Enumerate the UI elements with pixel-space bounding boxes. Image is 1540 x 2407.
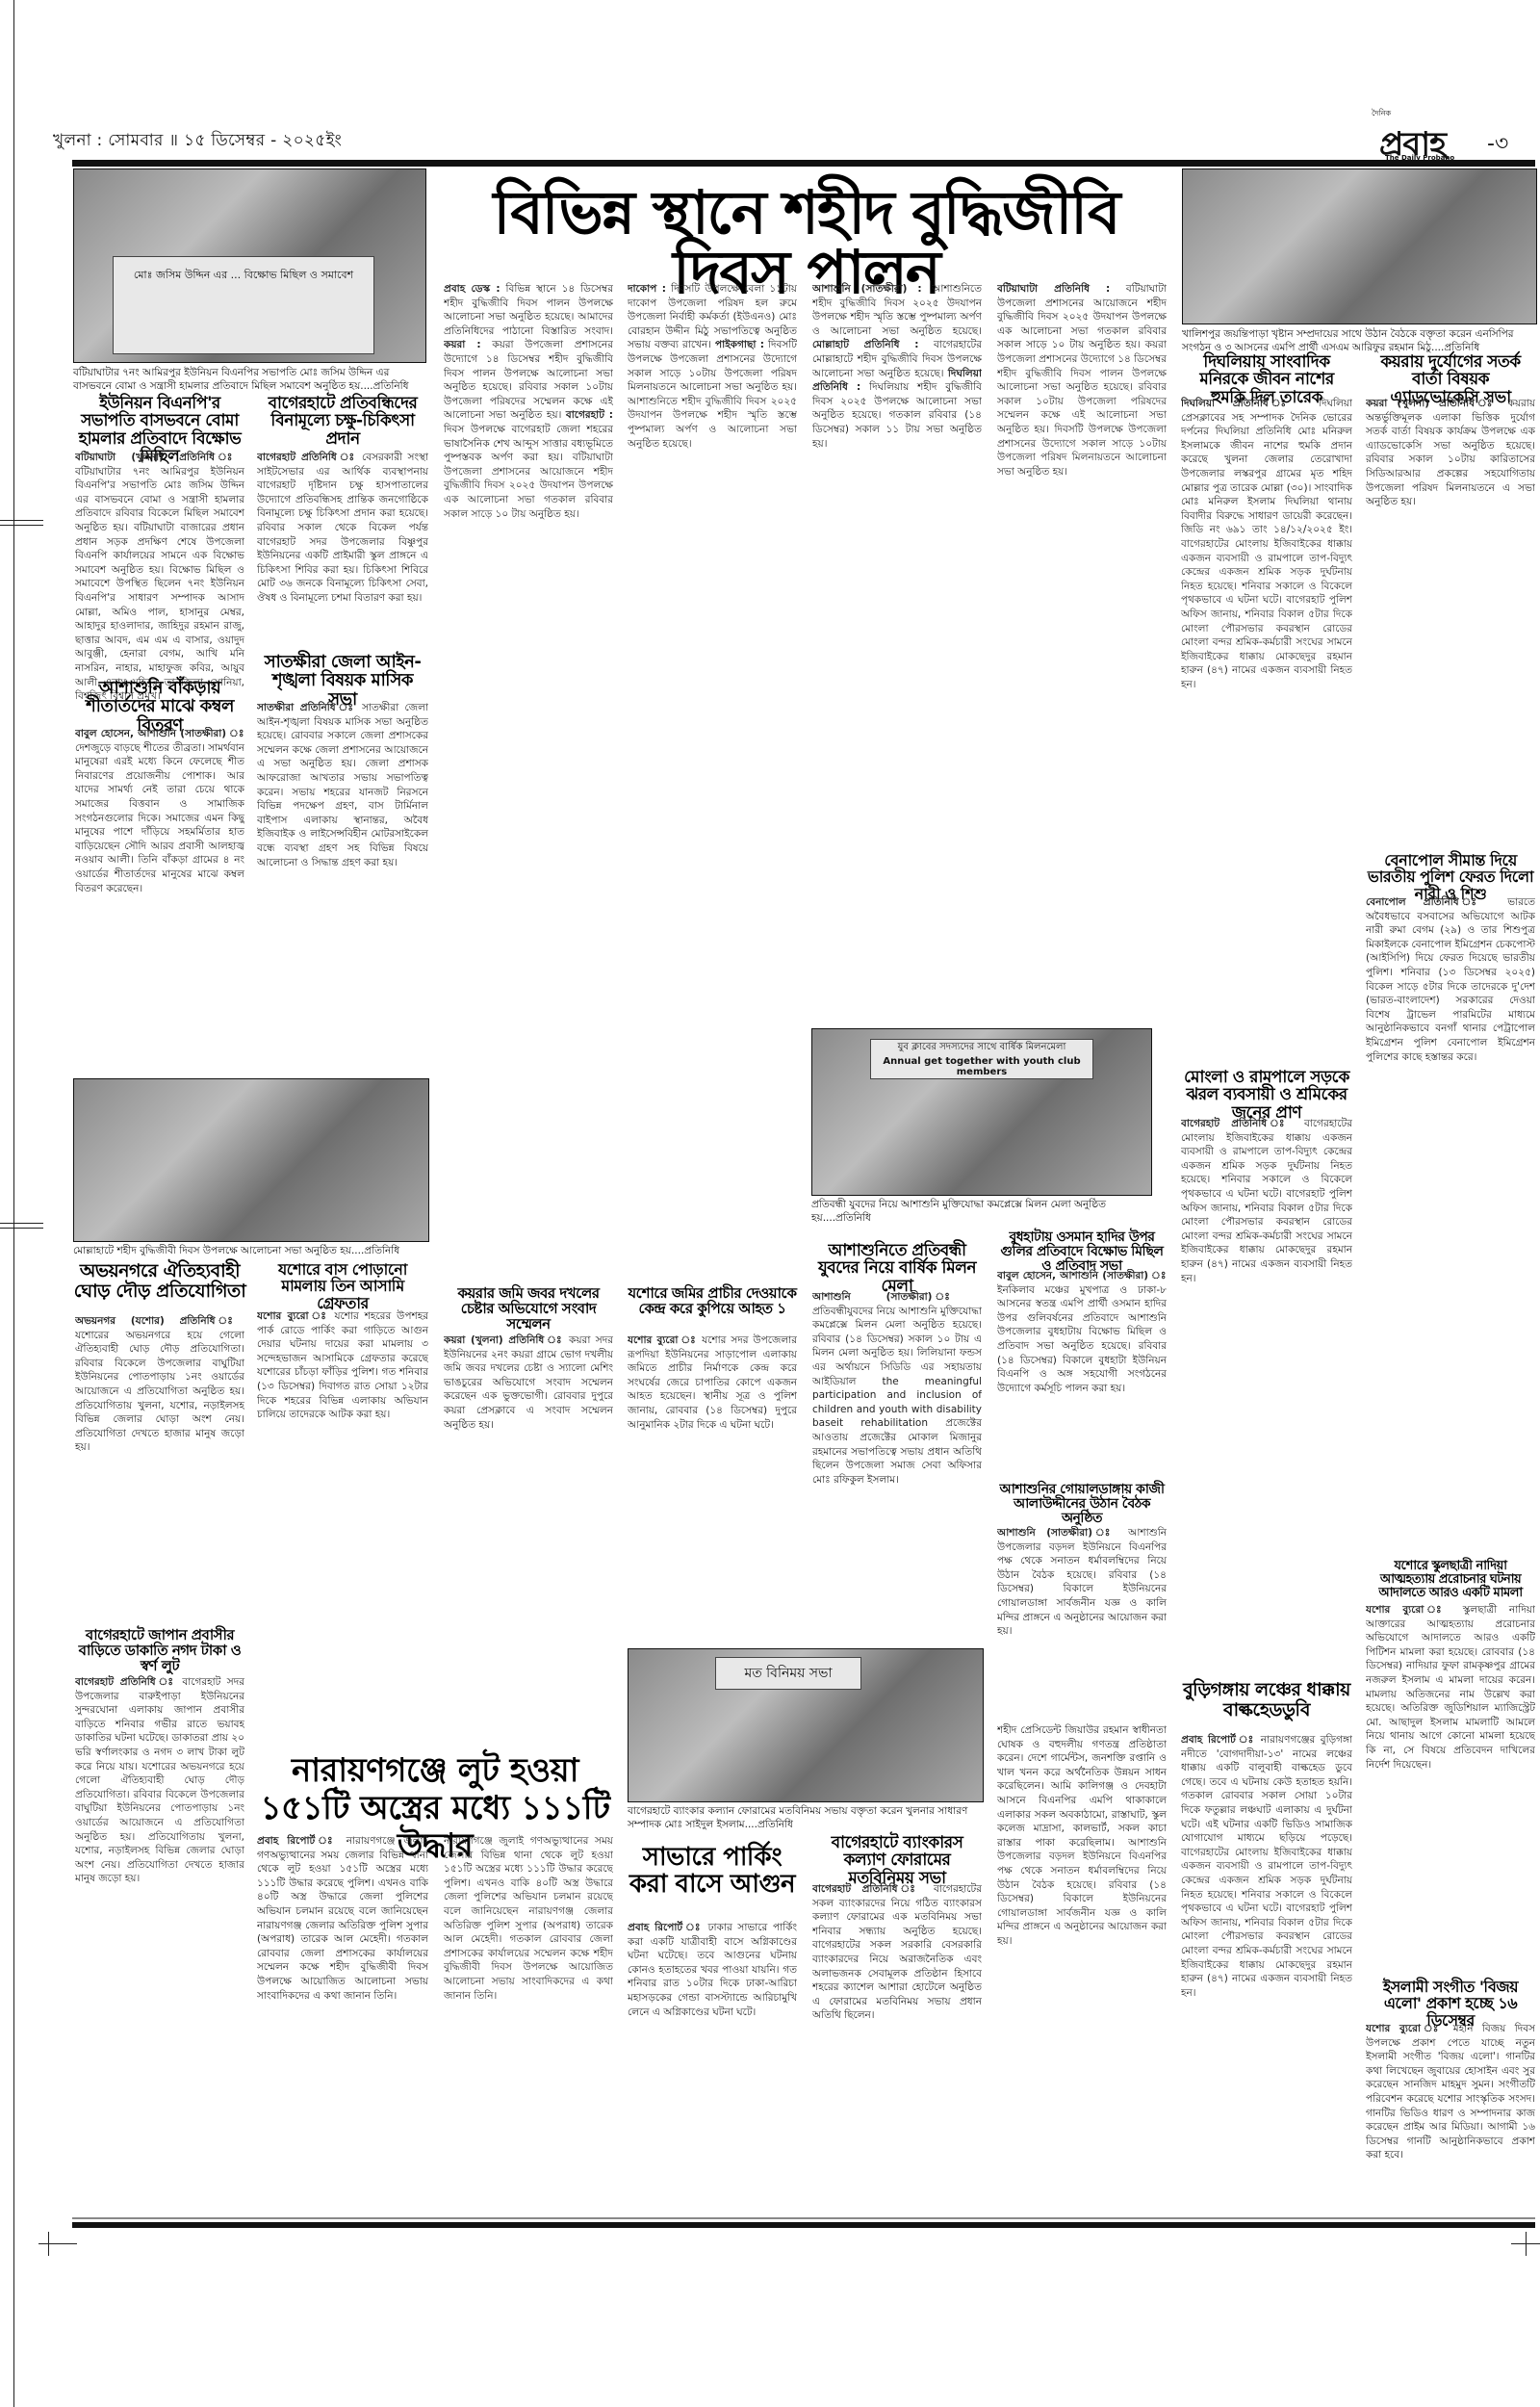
article-union-bnp: বটিয়াঘাটা (খুলনা) প্রতিনিধি ঃ বটিয়াঘাট… — [75, 451, 244, 715]
article-jessore-wall: যশোর ব্যুরো ঃ যশোর সদর উপজেলার রূপদিয়া … — [628, 1333, 797, 1642]
section-place: আশাশুনি (সাতক্ষীরা) : — [812, 283, 922, 295]
headline-mongla-rampal: মোংলা ও রামপালে সড়কে ঝরল ব্যবসায়ী ও শ্… — [1181, 1069, 1352, 1122]
article-lead: আশাশুনি (সাতক্ষীরা) ঃ — [812, 1291, 982, 1303]
photo-youth-club: যুব ক্লাবের সদস্যদের সাথে বার্ষিক মিলনমে… — [811, 1028, 1152, 1196]
lead-dateline: প্রবাহ ডেস্ক : — [444, 283, 500, 295]
lead-story-col-1: প্রবাহ ডেস্ক : বিভিন্ন স্থানে ১৪ ডিসেম্ব… — [444, 282, 613, 1206]
headline-bagerhat-eye: বাগেরহাটে প্রতিবন্ধিদের বিনামূল্যে চক্ষু… — [257, 395, 428, 448]
headline-jessore-nadia: যশোরে স্কুলছাত্রী নাদিয়া আত্মহত্যায় প্… — [1366, 1560, 1535, 1600]
article-body: নারায়ণগঞ্জের বুড়িগঙ্গা নদীতে 'বোগদাদীয… — [1181, 1734, 1352, 1844]
photo-bankers-meeting: মত বিনিময় সভা — [628, 1648, 984, 1802]
photo-caption: প্রতিবন্ধী যুবদের নিয়ে আশাশুনি মুক্তিযো… — [811, 1198, 1153, 1225]
banner-text-en: Annual get together with youth club memb… — [871, 1056, 1092, 1077]
masthead-logo: দৈনিক প্রবাহ -৩ The Daily Probaho — [1372, 108, 1526, 161]
article-body: বেসরকারী সংস্থা সাইটসেভার এর আর্থিক ব্যব… — [257, 452, 428, 604]
article-lead: যশোর ব্যুরো ঃ — [1366, 1604, 1450, 1616]
headline-bagerhat-bankers: বাগেরহাটে ব্যাংকারস কল্যাণ ফোরামের মতবিন… — [812, 1834, 982, 1887]
headline-savar-bus: সাভারে পার্কিং করা বাসে আগুন — [628, 1844, 797, 1898]
article-buriganga-launch: প্রবাহ রিপোর্ট ঃ নারায়ণগঞ্জের বুড়িগঙ্গ… — [1181, 1733, 1352, 2214]
headline-budhhata-hadi: বুধহাটায় ওসমান হাদির উপর গুলির প্রতিবাদ… — [997, 1230, 1167, 1274]
article-body: বাগেরহাট সদর উপজেলার বারুইপাড়া ইউনিয়নে… — [75, 1676, 244, 1773]
article-koyra-land: কয়রা (খুলনা) প্রতিনিধি ঃ কয়রা সদর ইউনি… — [444, 1333, 613, 1747]
article-body: শহীদ প্রেসিডেন্ট জিয়াউর রহমান স্বাধীনতা… — [997, 1724, 1167, 1849]
article-jessore-bus-fire: যশোর ব্যুরো ঃ যশোর শহরের উপশহর পার্ক রোড… — [257, 1309, 428, 1743]
article-body: বাগেরহাটের সকল ব্যাংকারদের নিয়ে গঠিত ব্… — [812, 1883, 982, 2021]
article-lead: প্রবাহ রিপোর্ট ঃ — [1181, 1734, 1255, 1746]
photo-banner: মত বিনিময় সভা — [715, 1657, 861, 1690]
page-number: -৩ — [1487, 127, 1508, 163]
bottom-rule-thin — [72, 2217, 1535, 2219]
headline-buriganga-launch: বুড়িগঙ্গায় লঞ্চের ধাক্কায় বাল্কহেডডুব… — [1181, 1680, 1352, 1720]
article-body: বাগেরহাটের মোংলায় ইজিবাইকের ধাক্কায় এক… — [1181, 538, 1352, 690]
article-lead: সাতক্ষীরা প্রতিনিধি ঃ — [257, 702, 356, 713]
registration-mark — [48, 2232, 49, 2256]
headline-ashashuni-mela: আশাশুনিতে প্রতিবন্ধী যুবদের নিয়ে বার্ষি… — [812, 1242, 982, 1295]
article-lead: বাগেরহাট প্রতিনিধি ঃ — [75, 1676, 176, 1688]
photo-banner: মোঃ জসিম উদ্দিন এর ... বিক্ষোভ মিছিল ও স… — [113, 256, 374, 354]
article-body: ইনকিলাব মঞ্চের মুখপাত্র ও ঢাকা-৮ আসনের স… — [997, 1284, 1167, 1394]
headline-bagerhat-robbery: বাগেরহাটে জাপান প্রবাসীর বাড়িতে ডাকাতি … — [73, 1627, 246, 1674]
section-place: কয়রা : — [444, 339, 481, 350]
article-body: যশোর সদর উপজেলার রূপদিয়া ইউনিয়নের সাড়… — [628, 1334, 797, 1431]
article-lead: বটিয়াঘাটা (খুলনা) প্রতিনিধি ঃ — [75, 452, 244, 463]
section-place: বাগেরহাট : — [566, 409, 613, 421]
article-lead: যশোর ব্যুরো ঃ — [628, 1334, 697, 1346]
article-narayanganj-arms-col-2: নারায়ণগঞ্জে জুলাই গণঅভ্যুত্থানের সময় জ… — [444, 1834, 613, 2214]
article-budhhata-hadi: বাবুল হোসেন, আশাশুনি (সাতক্ষীরা) ঃ ইনকিল… — [997, 1269, 1167, 1471]
banner-text-bn: যুব ক্লাবের সদস্যদের সাথে বার্ষিক মিলনমে… — [871, 1040, 1092, 1056]
registration-mark — [0, 1228, 43, 1229]
article-islamic-song: যশোর ব্যুরো ঃ মহান বিজয় দিবস উপলক্ষে প্… — [1366, 2022, 1535, 2214]
article-benapole-border: বেনাপোল প্রতিনিধি ঃ ভারতে অবৈধভাবে বসবাস… — [1366, 895, 1535, 1550]
registration-mark — [1526, 2232, 1527, 2256]
headline-abhaynagar-horse: অভয়নগরে ঐতিহ্যবাহী ঘোড় দৌড় প্রতিযোগিত… — [73, 1261, 246, 1301]
article-lead: বাবুল হোসেন, আশাশুনি (সাতক্ষীরা) ঃ — [75, 728, 244, 739]
article-body: মহান বিজয় দিবস উপলক্ষে প্রকাশ পেতে যাচ্… — [1366, 2023, 1535, 2161]
article-lead: দিঘলিয়া প্রতিনিধি ঃ — [1181, 398, 1300, 409]
photo-courtyard-meeting — [1182, 168, 1537, 324]
article-narayanganj-arms-col-1: প্রবাহ রিপোর্ট ঃ নারায়ণগঞ্জে জুলাই গণঅভ… — [257, 1834, 428, 2214]
section-text: কয়রা উপজেলা প্রশাসনের উদ্যোগে ১৪ ডিসেম্… — [997, 339, 1167, 435]
article-lead: আশাশুনি (সাতক্ষীরা) ঃ — [997, 1527, 1117, 1539]
article-lead: বেনাপোল প্রতিনিধি ঃ — [1366, 896, 1490, 908]
article-lead: প্রবাহ রিপোর্ট ঃ — [628, 1922, 703, 1933]
article-body: নারায়ণগঞ্জে জুলাই গণঅভ্যুত্থানের সময় জ… — [257, 1835, 428, 2002]
lead-story-col-2: দাকোপ : দিবসটি উপলক্ষে বেলা ১১টায় দাকোপ… — [628, 282, 797, 1206]
article-body: ভারতে অবৈধভাবে বসবাসের অভিযোগে আটক নারী … — [1366, 896, 1535, 1063]
article-body: আশাশুনি উপজেলার বড়দল ইউনিয়নে বিএনপির প… — [997, 1527, 1167, 1637]
article-savar-bus: প্রবাহ রিপোর্ট ঃ ঢাকার সাভারে পার্কিং কর… — [628, 1921, 797, 2214]
article-body: যশোর শহরের উপশহর পার্ক রোডে পার্কিং করা … — [257, 1310, 428, 1420]
lead-story-col-4: বটিয়াঘাটা প্রতিনিধি : বটিয়াঘাটা উপজেলা… — [997, 282, 1167, 1023]
article-body: প্রতিবন্ধীযুবদের নিয়ে আশাশুনি মুক্তিযোদ… — [812, 1306, 982, 1486]
section-place: মোল্লাহাট প্রতিনিধি : — [812, 339, 919, 350]
article-body: নারায়ণগঞ্জে জুলাই গণঅভ্যুত্থানের সময় জ… — [444, 1835, 613, 2002]
dateline: খুলনা : সোমবার ॥ ১৫ ডিসেম্বর - ২০২৫ইং — [53, 128, 342, 155]
article-lead: বাগেরহাট প্রতিনিধি ঃ — [257, 452, 356, 463]
article-body: কয়রায় অন্তর্ভুক্তিমূলক এলাকা ভিত্তিক দ… — [1366, 398, 1535, 507]
article-body: ঢাকার সাভারে পার্কিং করা একটি যাত্রীবাহী… — [628, 1922, 797, 2018]
article-satkhira-law: সাতক্ষীরা প্রতিনিধি ঃ সাতক্ষীরা জেলা আইন… — [257, 701, 428, 1009]
page-margin-line — [13, 0, 14, 2407]
headline-jessore-bus-fire: যশোরে বাস পোড়ানো মামলায় তিন আসামি গ্রে… — [257, 1261, 428, 1311]
article-body: বাগেরহাটের মোংলায় ইজিবাইকের ধাক্কায় এক… — [1181, 1118, 1352, 1284]
article-koyra-disaster: কয়রা (খুলনা) প্রতিনিধি ঃ কয়রায় অন্তর্… — [1366, 397, 1535, 849]
photo-mollahat-meeting — [73, 1078, 429, 1242]
article-bagerhat-eye: বাগেরহাট প্রতিনিধি ঃ বেসরকারী সংস্থা সাই… — [257, 451, 428, 643]
article-lead: যশোর ব্যুরো ঃ — [1366, 2023, 1444, 2034]
article-body: বাগেরহাটের মোংলায় ইজিবাইকের ধাক্কায় এক… — [1181, 1847, 1352, 1999]
photo-banner: যুব ক্লাবের সদস্যদের সাথে বার্ষিক মিলনমে… — [870, 1039, 1093, 1079]
article-body: যশোরের অভয়নগরে হয়ে গেলো ঐতিহ্যবাহী ঘোড… — [75, 1761, 244, 1885]
section-text: আশাশুনিতে শহীদ বুদ্ধিজীবি দিবস ২০২৫ উদযা… — [628, 396, 797, 450]
article-bagerhat-bankers: বাগেরহাট প্রতিনিধি ঃ বাগেরহাটের সকল ব্যা… — [812, 1882, 982, 2214]
article-body: বটিয়াঘাটার ৭নং আমিরপুর ইউনিয়ন বিএনপি'র… — [75, 466, 244, 703]
article-body: দিঘলিয়া প্রেসক্লাবের সহ সম্পাদক দৈনিক ভ… — [1181, 398, 1352, 535]
article-lead: অভয়নগর (যশোর) প্রতিনিধি ঃ — [75, 1315, 244, 1327]
photo-caption: মোল্লাহাটে শহীদ বুদ্ধিজীবী দিবস উপলক্ষে … — [73, 1244, 429, 1257]
photo-caption: বটিয়াঘাটার ৭নং আমিরপুর ইউনিয়ন বিএনপির … — [73, 366, 429, 393]
article-body: স্কুলছাত্রী নাদিয়া আক্তারের আত্মহত্যায়… — [1366, 1604, 1535, 1771]
article-ashashuni-goyaldanga: আশাশুনি (সাতক্ষীরা) ঃ আশাশুনি উপজেলার বড… — [997, 1526, 1167, 1719]
photo-caption: বাগেরহাটে ব্যাংকার কল্যান ফোরামের মতবিনি… — [628, 1804, 984, 1831]
article-lead: প্রবাহ রিপোর্ট ঃ — [257, 1835, 338, 1847]
section-place: বটিয়াঘাটা প্রতিনিধি : — [997, 283, 1110, 295]
article-body: দেশজুড়ে বাড়ছে শীতের তীব্রতা। সামর্থবান… — [75, 742, 244, 894]
registration-mark — [0, 525, 43, 526]
article-abhaynagar-horse: অভয়নগর (যশোর) প্রতিনিধি ঃ যশোরের অভয়নগ… — [75, 1314, 244, 1622]
article-bagerhat-robbery: বাগেরহাট প্রতিনিধি ঃ বাগেরহাট সদর উপজেলা… — [75, 1675, 244, 2214]
article-body: সাতক্ষীরা জেলা আইন-শৃঙ্খলা বিষয়ক মাসিক … — [257, 702, 428, 868]
article-body: কয়রা সদর ইউনিয়নের ২নং কয়রা গ্রামে ভোগ… — [444, 1334, 613, 1431]
bottom-rule — [72, 2222, 1535, 2228]
article-body: যশোরের অভয়নগরে হয়ে গেলো ঐতিহ্যবাহী ঘোড… — [75, 1330, 244, 1454]
section-place: পাইকগাছা : — [715, 339, 764, 350]
headline-ashashuni-goyaldanga: আশাশুনির গোয়ালডাঙ্গায় কাজী আলাউদ্দীনের… — [997, 1483, 1167, 1526]
article-lead: বাগেরহাট প্রতিনিধি ঃ — [812, 1883, 923, 1895]
registration-mark — [0, 1223, 43, 1224]
article-sahid-president: শহীদ প্রেসিডেন্ট জিয়াউর রহমান স্বাধীনতা… — [997, 1723, 1167, 2214]
article-lead: যশোর ব্যুরো ঃ — [257, 1310, 328, 1322]
photo-caption: খালিশপুর জয়ন্তিপাড়া খৃষ্টান সম্প্রদায়… — [1182, 327, 1535, 354]
article-ashashuni-blanket: বাবুল হোসেন, আশাশুনি (সাতক্ষীরা) ঃ দেশজু… — [75, 727, 244, 1011]
lead-story-col-3: আশাশুনি (সাতক্ষীরা) : আশাশুনিতে শহীদ বুদ… — [812, 282, 982, 1023]
photo-protest-rally: মোঃ জসিম উদ্দিন এর ... বিক্ষোভ মিছিল ও স… — [73, 168, 426, 363]
article-lead: কয়রা (খুলনা) প্রতিনিধি ঃ — [444, 1334, 564, 1346]
article-lead: বাবুল হোসেন, আশাশুনি (সাতক্ষীরা) ঃ — [997, 1270, 1167, 1281]
headline-koyra-land: কয়রার জমি জবর দখলের চেষ্টার অভিযোগে সংব… — [444, 1285, 613, 1333]
headline-jessore-wall: যশোরে জমির প্রাচীর দেওয়াকে কেন্দ্র করে … — [628, 1285, 797, 1316]
registration-mark — [38, 2243, 77, 2244]
registration-mark — [0, 520, 43, 521]
top-rule — [72, 160, 1535, 167]
article-body: আশাশুনি উপজেলার বড়দল ইউনিয়নে বিএনপির প… — [997, 1837, 1167, 1947]
article-lead: কয়রা (খুলনা) প্রতিনিধি ঃ — [1366, 398, 1499, 409]
article-jessore-nadia: যশোর ব্যুরো ঃ স্কুলছাত্রী নাদিয়া আক্তার… — [1366, 1603, 1535, 1969]
article-dighalia-journalist: দিঘলিয়া প্রতিনিধি ঃ দিঘলিয়া প্রেসক্লাব… — [1181, 397, 1352, 1061]
article-lead: বাগেরহাট প্রতিনিধি ঃ — [1181, 1118, 1293, 1129]
section-place: দাকোপ : — [628, 283, 666, 295]
